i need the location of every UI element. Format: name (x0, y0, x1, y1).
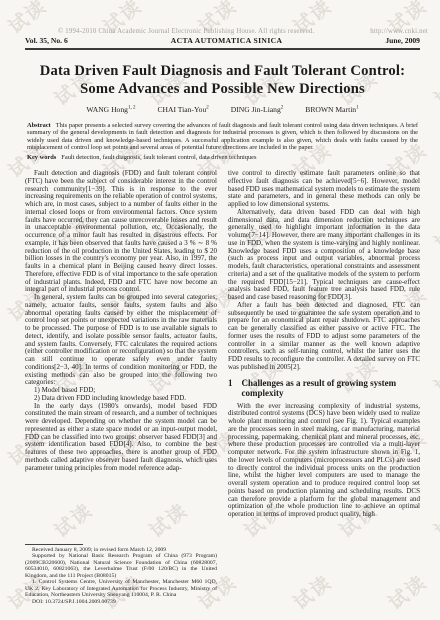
paper-page: 试读试读试读试读试读试读试读试读试读试读试读试读试读试读试读试读试读试读试读试读… (0, 0, 440, 620)
section-number: 1 (228, 378, 233, 399)
body-paragraph: tive control to directly estimate fault … (228, 170, 420, 209)
journal-name: ACTA AUTOMATICA SINICA (171, 36, 283, 45)
section-title: Challenges as a result of growing system… (242, 378, 421, 399)
volume-issue: Vol. 35, No. 6 (25, 36, 68, 45)
footnote-rule (25, 544, 83, 545)
body-paragraph: In general, system faults can be grouped… (25, 294, 217, 387)
body-paragraph: After a fault has been detected and diag… (228, 302, 420, 372)
keywords: Key wordsFault detection, fault diagnosi… (27, 154, 418, 161)
section-1-heading: 1 Challenges as a result of growing syst… (228, 378, 420, 399)
journal-header: Vol. 35, No. 6 ACTA AUTOMATICA SINICA Ju… (25, 0, 420, 45)
footnote-supported: Supported by National Basic Research Pro… (25, 553, 217, 579)
right-column: tive control to directly estimate fault … (228, 170, 420, 605)
abstract-text: This paper presents a selected survey co… (27, 122, 418, 151)
footnote-block: Received January 8, 2009; in revised for… (25, 544, 217, 606)
header-rule (25, 48, 420, 50)
footnote-affiliations: 1. Control Systems Centre, University of… (25, 579, 217, 599)
body-paragraph: Alternatively, data driven based FDD can… (228, 209, 420, 302)
copyright-url: http://www.cnki.net (370, 28, 428, 35)
abstract-label: Abstract (27, 122, 51, 129)
keywords-text: Fault detection, fault diagnosis, fault … (61, 154, 256, 161)
copyright-line: © 1994-2010 China Academic Journal Elect… (58, 28, 428, 35)
author: CHAI Tian-You2 (157, 105, 208, 114)
body-paragraph: Fault detection and diagnosis (FDD) and … (25, 170, 217, 294)
title-line-2: Some Advances and Possible New Direction… (25, 81, 420, 99)
author: DING Jin-Liang2 (231, 105, 283, 114)
body-paragraph: With the ever increasing complexity of i… (228, 403, 420, 519)
body-columns: Fault detection and diagnosis (FDD) and … (25, 170, 420, 605)
abstract: AbstractThis paper presents a selected s… (27, 122, 418, 152)
copyright-text: © 1994-2010 China Academic Journal Elect… (58, 28, 314, 35)
author: BROWN Martin1 (305, 105, 358, 114)
paper-title: Data Driven Fault Diagnosis and Fault To… (25, 63, 420, 98)
left-column: Fault detection and diagnosis (FDD) and … (25, 170, 217, 605)
body-paragraph: In the early days (1980's onwards), mode… (25, 403, 217, 473)
keywords-label: Key words (27, 154, 56, 161)
author-list: WANG Hong1, 2 CHAI Tian-You2 DING Jin-Li… (25, 105, 420, 114)
footnote-doi: DOI: 10.3724/SP.J.1004.2009.00739 (25, 599, 217, 606)
issue-date: June, 2009 (385, 36, 420, 45)
title-line-1: Data Driven Fault Diagnosis and Fault To… (25, 63, 420, 81)
author: WANG Hong1, 2 (86, 105, 135, 114)
page-content: Vol. 35, No. 6 ACTA AUTOMATICA SINICA Ju… (0, 0, 440, 605)
